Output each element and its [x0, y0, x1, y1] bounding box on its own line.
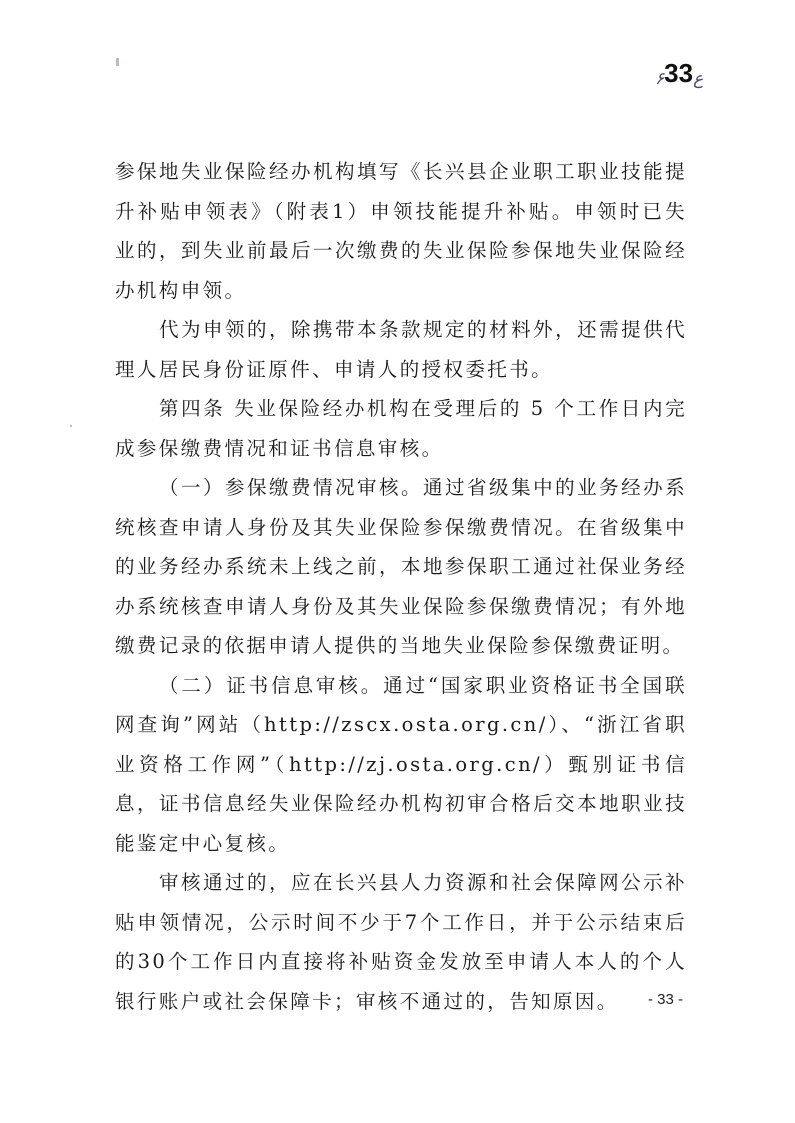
paragraph-proxy-application: 代为申领的，除携带本条款规定的材料外，还需提供代理人居民身份证原件、申请人的授权…: [115, 310, 687, 389]
paragraph-certificate-review: （二）证书信息审核。通过“国家职业资格证书全国联网查询”网站（http://zs…: [115, 666, 687, 864]
paragraph-application-location: 参保地失业保险经办机构填写《长兴县企业职工职业技能提升补贴申领表》（附表1）申领…: [115, 152, 687, 310]
paragraph-approval-publication: 审核通过的，应在长兴县人力资源和社会保障网公示补贴申领情况，公示时间不少于7个工…: [115, 863, 687, 1021]
scan-artifact-dot: [70, 425, 72, 427]
scan-artifact-mark: [116, 58, 119, 66]
document-page: ۶ع33 参保地失业保险经办机构填写《长兴县企业职工职业技能提升补贴申领表》（附…: [0, 0, 795, 1123]
paragraph-article-four: 第四条 失业保险经办机构在受理后的 5 个工作日内完成参保缴费情况和证书信息审核…: [115, 389, 687, 468]
stamped-page-number: 33: [664, 58, 693, 88]
paragraph-contribution-review: （一）参保缴费情况审核。通过省级集中的业务经办系统核查申请人身份及其失业保险参保…: [115, 468, 687, 666]
page-number-stamp: ۶ع33: [655, 58, 703, 89]
footer-page-number: - 33 -: [648, 991, 683, 1008]
document-body: 参保地失业保险经办机构填写《长兴县企业职工职业技能提升补贴申领表》（附表1）申领…: [115, 152, 687, 1021]
